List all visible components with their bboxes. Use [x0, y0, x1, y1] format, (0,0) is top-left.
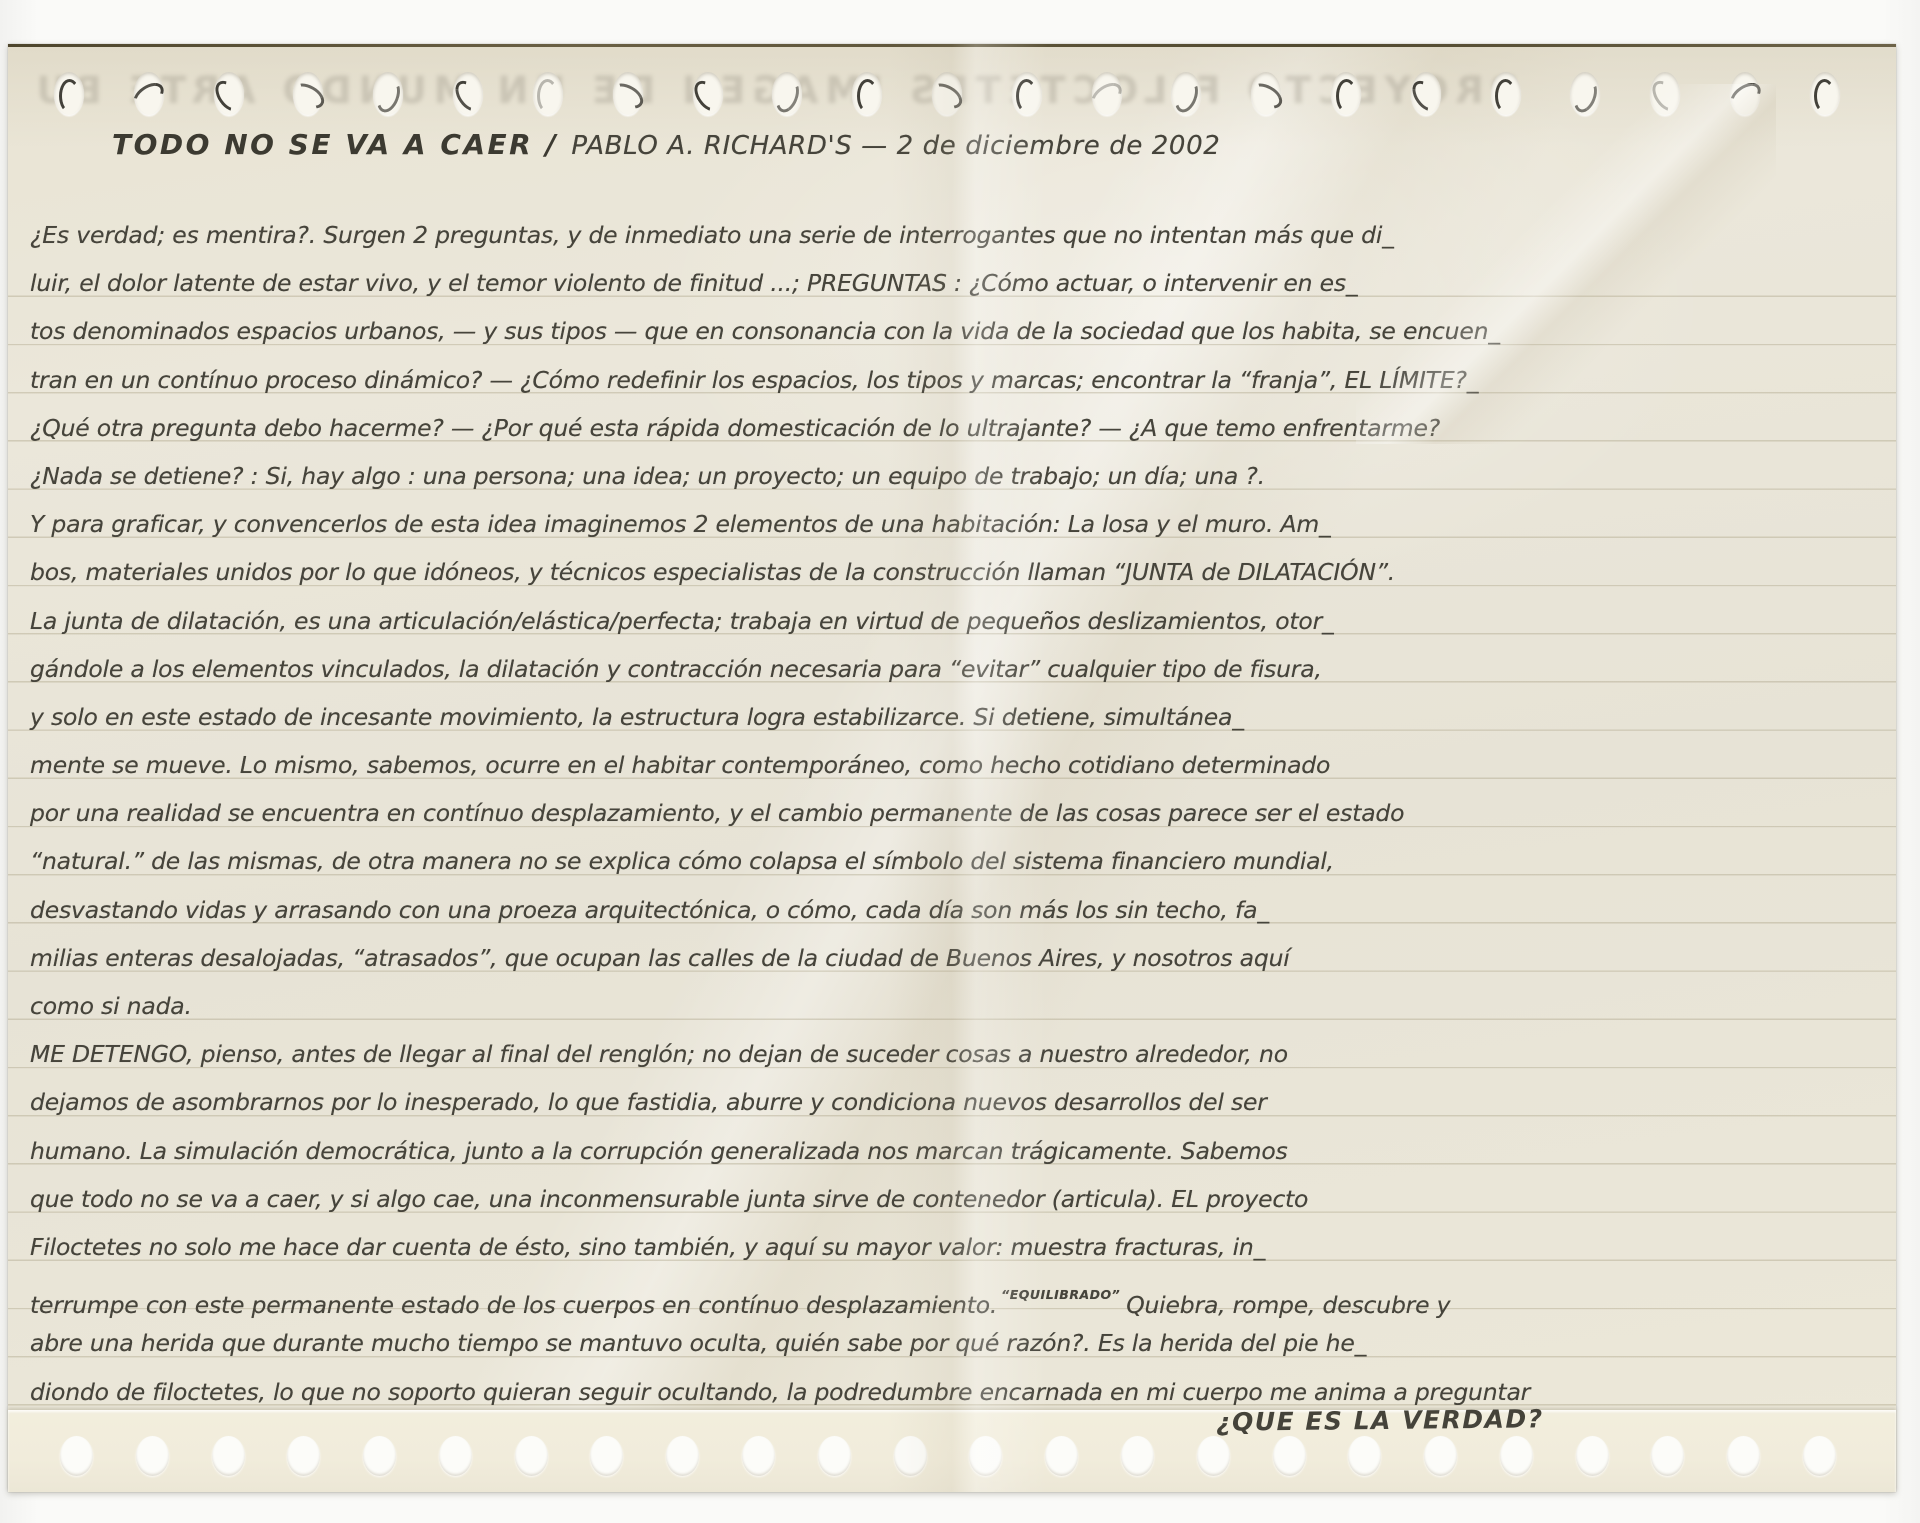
closing-question: ¿QUE ES LA VERDAD? [1216, 1404, 1544, 1436]
binder-hole [373, 72, 403, 116]
binder-hole [363, 1436, 396, 1476]
handwritten-line: ¿Nada se detiene? : Si, hay algo : una p… [30, 452, 1890, 500]
spiral-remnant-mark [1246, 78, 1286, 113]
binder-hole [214, 72, 244, 116]
binder-hole [1012, 72, 1042, 116]
handwritten-line: milias enteras desalojadas, “atrasados”,… [30, 934, 1890, 982]
spiral-remnant-mark [1814, 79, 1835, 113]
scanned-page: PROYECTO FILOCTETES IMAGEN DE UN MUNDO A… [0, 0, 1920, 1523]
spiral-remnant-mark [857, 79, 878, 113]
spiral-remnant-mark [1647, 76, 1684, 116]
binder-hole [1092, 72, 1122, 116]
handwritten-line: como si nada. [30, 982, 1890, 1030]
spiral-remnant-mark [59, 79, 80, 113]
spiral-remnant-mark [1495, 79, 1516, 113]
binder-hole [515, 1436, 548, 1476]
handwritten-line: humano. La simulación democrática, junto… [30, 1127, 1890, 1175]
bottom-binder-holes-row [60, 1436, 1836, 1476]
binder-hole [852, 72, 882, 116]
spiral-remnant-mark [1087, 78, 1127, 115]
handwritten-line: y solo en este estado de incesante movim… [30, 693, 1890, 741]
binder-hole [1727, 1436, 1760, 1476]
binder-hole [54, 72, 84, 116]
superscript-annotation: “EQUILIBRADO” [1001, 1287, 1120, 1302]
handwritten-line: “natural.” de las mismas, de otra manera… [30, 837, 1890, 885]
binder-hole [894, 1436, 927, 1476]
spiral-remnant-mark [1725, 78, 1765, 115]
binder-hole [932, 72, 962, 116]
binder-hole [1650, 72, 1680, 116]
binder-hole [293, 72, 323, 116]
binder-hole [136, 1436, 169, 1476]
handwritten-line: Y para graficar, y convencerlos de esta … [30, 500, 1890, 548]
document-title: TODO NO SE VA A CAER / PABLO A. RICHARD'… [112, 128, 1220, 161]
spiral-remnant-mark [1407, 76, 1444, 116]
handwritten-line: desvastando vidas y arrasando con una pr… [30, 886, 1890, 934]
binder-hole [1045, 1436, 1078, 1476]
handwritten-line: ¿Qué otra pregunta debo hacerme? — ¿Por … [30, 404, 1890, 452]
binder-hole [1570, 72, 1600, 116]
binder-hole [772, 72, 802, 116]
binder-hole [1424, 1436, 1457, 1476]
binder-hole [1730, 72, 1760, 116]
binder-hole [1331, 72, 1361, 116]
spiral-remnant-mark [1016, 79, 1037, 113]
handwritten-line: abre una herida que durante mucho tiempo… [30, 1319, 1890, 1367]
handwritten-line: ME DETENGO, pienso, antes de llegar al f… [30, 1030, 1890, 1078]
handwritten-line: mente se mueve. Lo mismo, sabemos, ocurr… [30, 741, 1890, 789]
binder-hole [453, 72, 483, 116]
handwritten-line: gándole a los elementos vinculados, la d… [30, 645, 1890, 693]
binder-hole [613, 72, 643, 116]
binder-hole [742, 1436, 775, 1476]
spiral-remnant-mark [772, 76, 803, 115]
binder-hole [969, 1436, 1002, 1476]
line-text-post: Quiebra, rompe, descubre y [1126, 1291, 1450, 1319]
binder-hole [1251, 72, 1281, 116]
handwritten-line: tran en un contínuo proceso dinámico? — … [30, 356, 1890, 404]
binder-hole [439, 1436, 472, 1476]
binder-hole [533, 72, 563, 116]
spiral-remnant-mark [288, 78, 328, 113]
binder-hole [1810, 72, 1840, 116]
binder-hole [1576, 1436, 1609, 1476]
handwritten-line: tos denominados espacios urbanos, — y su… [30, 307, 1890, 355]
title-caps: TODO NO SE VA A CAER / [112, 128, 558, 161]
handwritten-line: ¿Es verdad; es mentira?. Surgen 2 pregun… [30, 211, 1890, 259]
binder-hole [1197, 1436, 1230, 1476]
binder-hole [818, 1436, 851, 1476]
handwritten-line: bos, materiales unidos por lo que idóneo… [30, 548, 1890, 596]
binder-hole [1121, 1436, 1154, 1476]
spiral-remnant-mark [129, 78, 169, 115]
binder-hole [1348, 1436, 1381, 1476]
handwritten-line: dejamos de asombrarnos por lo inesperado… [30, 1078, 1890, 1126]
binder-hole [134, 72, 164, 116]
binder-hole [666, 1436, 699, 1476]
spiral-remnant-mark [537, 79, 558, 113]
binder-hole [1651, 1436, 1684, 1476]
handwritten-line-with-annotation: terrumpe con este permanente estado de l… [30, 1271, 1890, 1319]
binder-hole [60, 1436, 93, 1476]
spiral-remnant-mark [1570, 76, 1601, 115]
binder-hole [212, 1436, 245, 1476]
spiral-remnant-mark [1171, 76, 1202, 115]
handwritten-line: Filoctetes no solo me hace dar cuenta de… [30, 1223, 1890, 1271]
spiral-remnant-mark [450, 76, 487, 116]
binder-hole [287, 1436, 320, 1476]
binder-hole [1491, 72, 1521, 116]
binder-hole [590, 1436, 623, 1476]
spiral-remnant-mark [210, 76, 247, 116]
top-binder-holes-row [54, 72, 1840, 116]
handwritten-line: luir, el dolor latente de estar vivo, y … [30, 259, 1890, 307]
binder-hole [1803, 1436, 1836, 1476]
binder-hole [1273, 1436, 1306, 1476]
spiral-remnant-mark [689, 76, 726, 116]
handwritten-line: por una realidad se encuentra en contínu… [30, 789, 1890, 837]
binder-hole [1500, 1436, 1533, 1476]
handwritten-line: La junta de dilatación, es una articulac… [30, 597, 1890, 645]
handwritten-line: diondo de filoctetes, lo que no soporto … [30, 1368, 1890, 1416]
binder-hole [1411, 72, 1441, 116]
spiral-remnant-mark [927, 78, 967, 113]
spiral-remnant-mark [608, 78, 648, 113]
spiral-remnant-mark [1336, 79, 1357, 113]
title-author-date: PABLO A. RICHARD'S — 2 de diciembre de 2… [571, 131, 1220, 161]
spiral-remnant-mark [373, 76, 404, 115]
notebook-paper: PROYECTO FILOCTETES IMAGEN DE UN MUNDO A… [8, 44, 1896, 1492]
handwritten-line: que todo no se va a caer, y si algo cae,… [30, 1175, 1890, 1223]
binder-hole [1171, 72, 1201, 116]
binder-hole [693, 72, 723, 116]
line-text-pre: terrumpe con este permanente estado de l… [30, 1291, 997, 1319]
handwritten-body: ¿Es verdad; es mentira?. Surgen 2 pregun… [30, 211, 1890, 1416]
